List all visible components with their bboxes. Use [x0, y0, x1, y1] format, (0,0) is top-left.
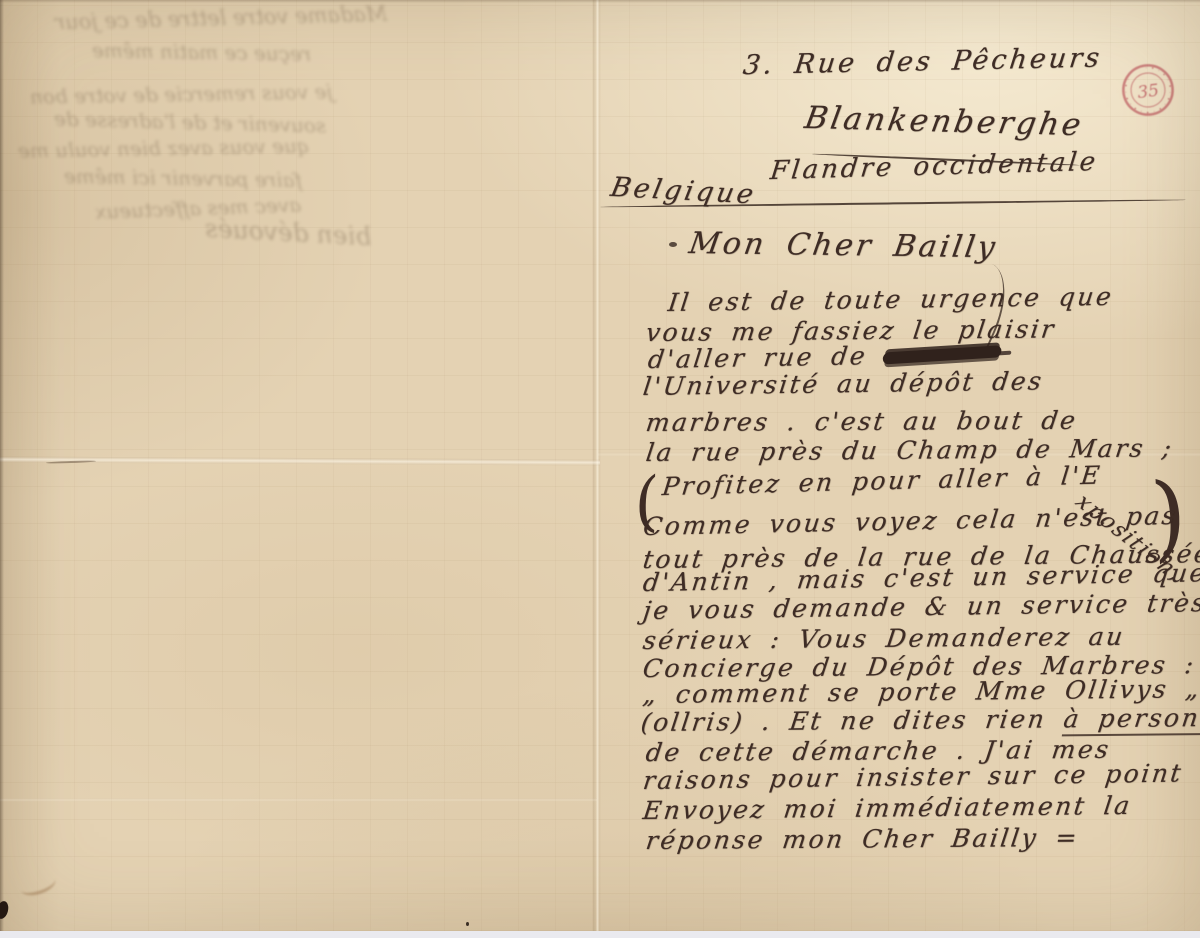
- paper-top-edge: [0, 0, 1200, 3]
- lower-crease-left: [0, 798, 597, 802]
- red-circular-stamp: · • · • · • · • · • · • · • · • · • · 35: [1117, 59, 1179, 121]
- crossed-out-word: [882, 345, 1001, 364]
- bleed-through-line: reçue ce matin même: [92, 38, 312, 66]
- body-line: sérieux : Vous Demanderez au: [641, 622, 1127, 655]
- letter-scan: Madame votre lettre de ce jour reçue ce …: [0, 0, 1200, 938]
- ink-speck: [466, 922, 469, 926]
- body-line: Envoyez moi immédiatement la: [641, 791, 1133, 825]
- background-below-paper: [0, 931, 1200, 938]
- stamp-monogram: 35: [1136, 80, 1160, 102]
- body-line: l'Université au dépôt des: [641, 366, 1045, 401]
- address-line-town: Blankenberghe: [802, 100, 1086, 143]
- body-line: (ollris) . Et ne dites rien à personne: [639, 703, 1200, 737]
- paper-left-edge: [0, 0, 4, 931]
- salutation: Mon Cher Bailly: [687, 226, 1001, 265]
- underlined-phrase: à personne: [1061, 703, 1200, 737]
- bleed-through-line: faire parvenir ici même: [64, 164, 302, 192]
- body-line: marbres . c'est au bout de: [644, 406, 1079, 437]
- body-line-text: (ollris) . Et ne dites rien: [639, 704, 1048, 737]
- pen-mark: [669, 242, 677, 247]
- bleed-through-line: que vous avez bien voulu me: [18, 133, 310, 162]
- body-line: réponse mon Cher Bailly =: [644, 823, 1081, 855]
